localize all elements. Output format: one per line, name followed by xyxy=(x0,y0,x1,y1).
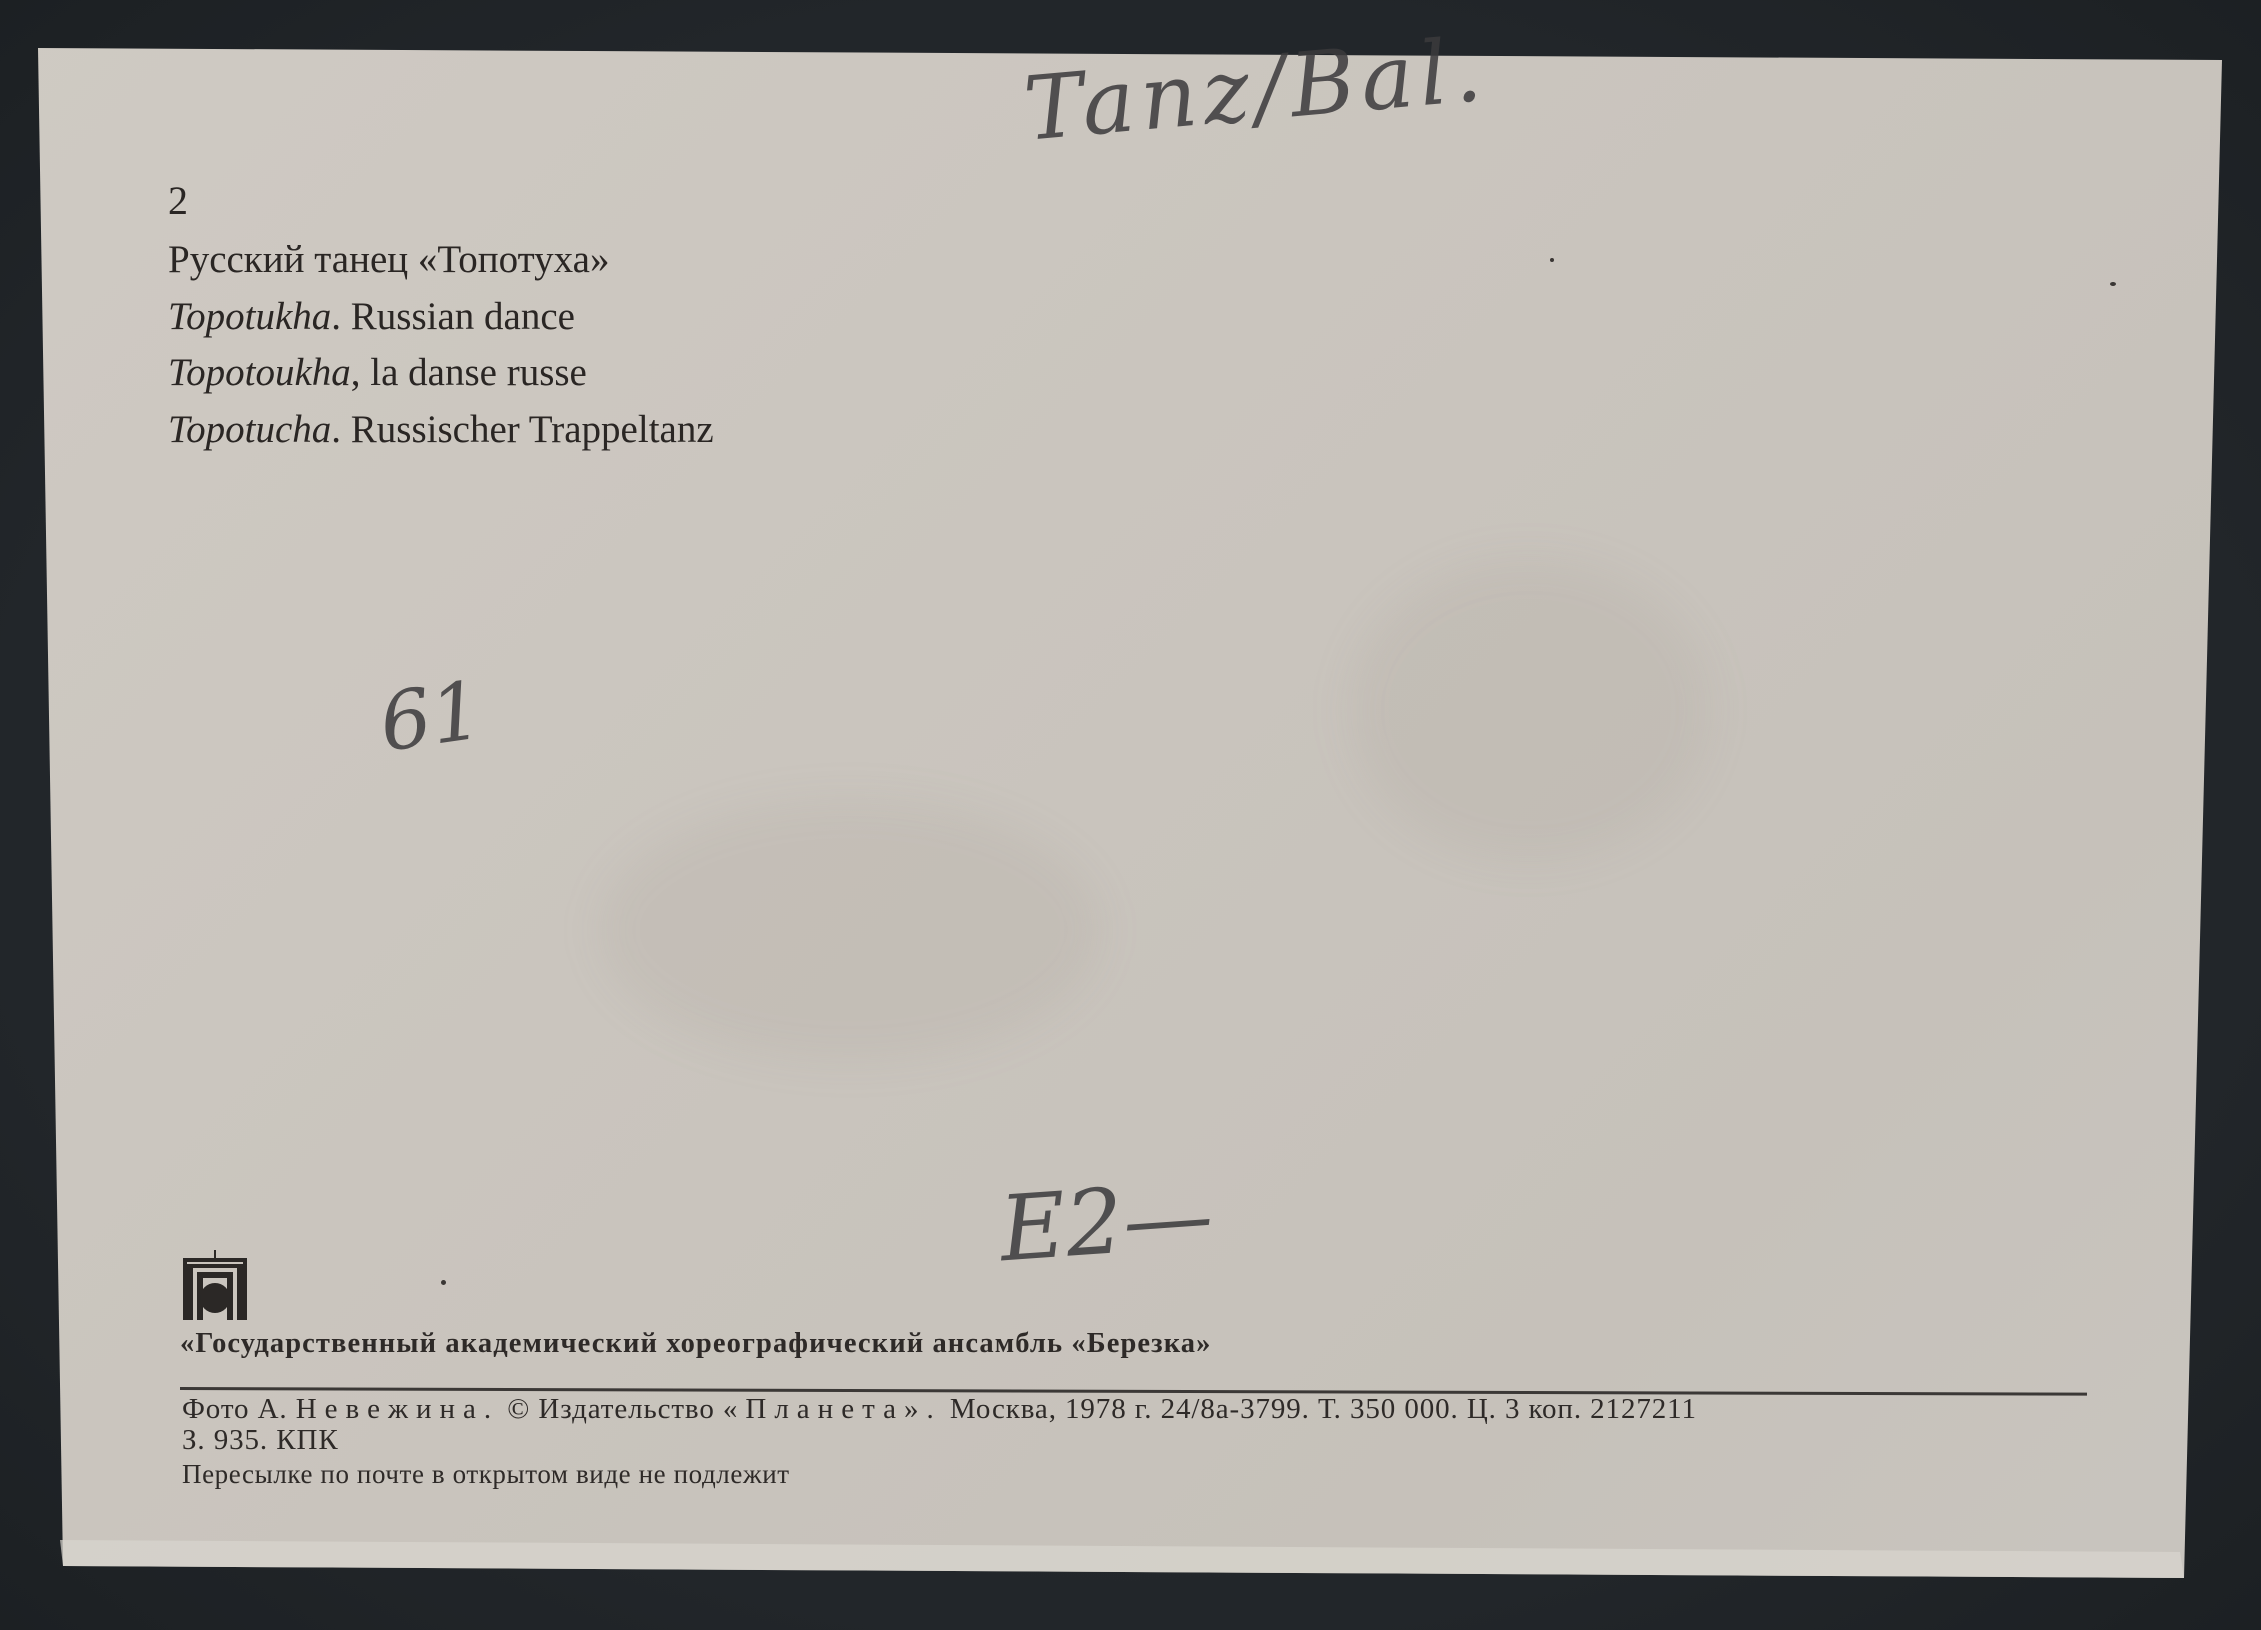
caption-german-italic: Topotucha xyxy=(168,408,331,451)
ensemble-name: «Государственный академический хореограф… xyxy=(180,1328,1212,1360)
order-number: З. 935. КПК xyxy=(182,1425,1697,1456)
imprint-details: Москва, 1978 г. 24/8а-3799. Т. 350 000. … xyxy=(950,1393,1697,1425)
paper-stain xyxy=(1350,560,1710,860)
ensemble-logo-icon xyxy=(181,1250,249,1320)
caption-german: Topotucha. Russischer Trappeltanz xyxy=(168,402,714,459)
caption-english-italic: Topotukha xyxy=(168,295,331,338)
caption-english: Topotukha. Russian dance xyxy=(168,289,714,346)
caption-french-rest: , la danse russe xyxy=(351,351,587,394)
imprint-line-1: Фото А. Невежина. © Издательство «Планет… xyxy=(182,1394,1697,1425)
ink-speck xyxy=(1550,258,1554,262)
caption-english-rest: . Russian dance xyxy=(331,295,575,338)
publisher-imprint: Фото А. Невежина. © Издательство «Планет… xyxy=(182,1394,1697,1490)
copyright-icon: © xyxy=(507,1393,530,1425)
ink-speck xyxy=(441,1280,446,1285)
postal-notice: Пересылке по почте в открытом виде не по… xyxy=(182,1459,1697,1490)
caption-block: Русский танец «Топотуха» Topotukha. Russ… xyxy=(168,232,714,458)
photo-label: Фото А. xyxy=(182,1393,288,1425)
card-number: 2 xyxy=(168,178,188,224)
ink-speck xyxy=(2110,282,2116,286)
handwritten-note-middle: 61 xyxy=(374,663,488,769)
caption-german-rest: . Russischer Trappeltanz xyxy=(331,408,713,451)
paper-stain xyxy=(600,800,1100,1060)
publisher-label: Издательство xyxy=(538,1393,714,1425)
caption-french: Topotoukha, la danse russe xyxy=(168,345,714,402)
caption-title-russian: Русский танец «Топотуха» xyxy=(168,232,714,289)
caption-french-italic: Topotoukha xyxy=(168,351,351,394)
publisher-name: «Планета». xyxy=(723,1393,942,1425)
handwritten-note-bottom: E2— xyxy=(997,1163,1217,1283)
photographer-name: Невежина. xyxy=(296,1393,499,1425)
